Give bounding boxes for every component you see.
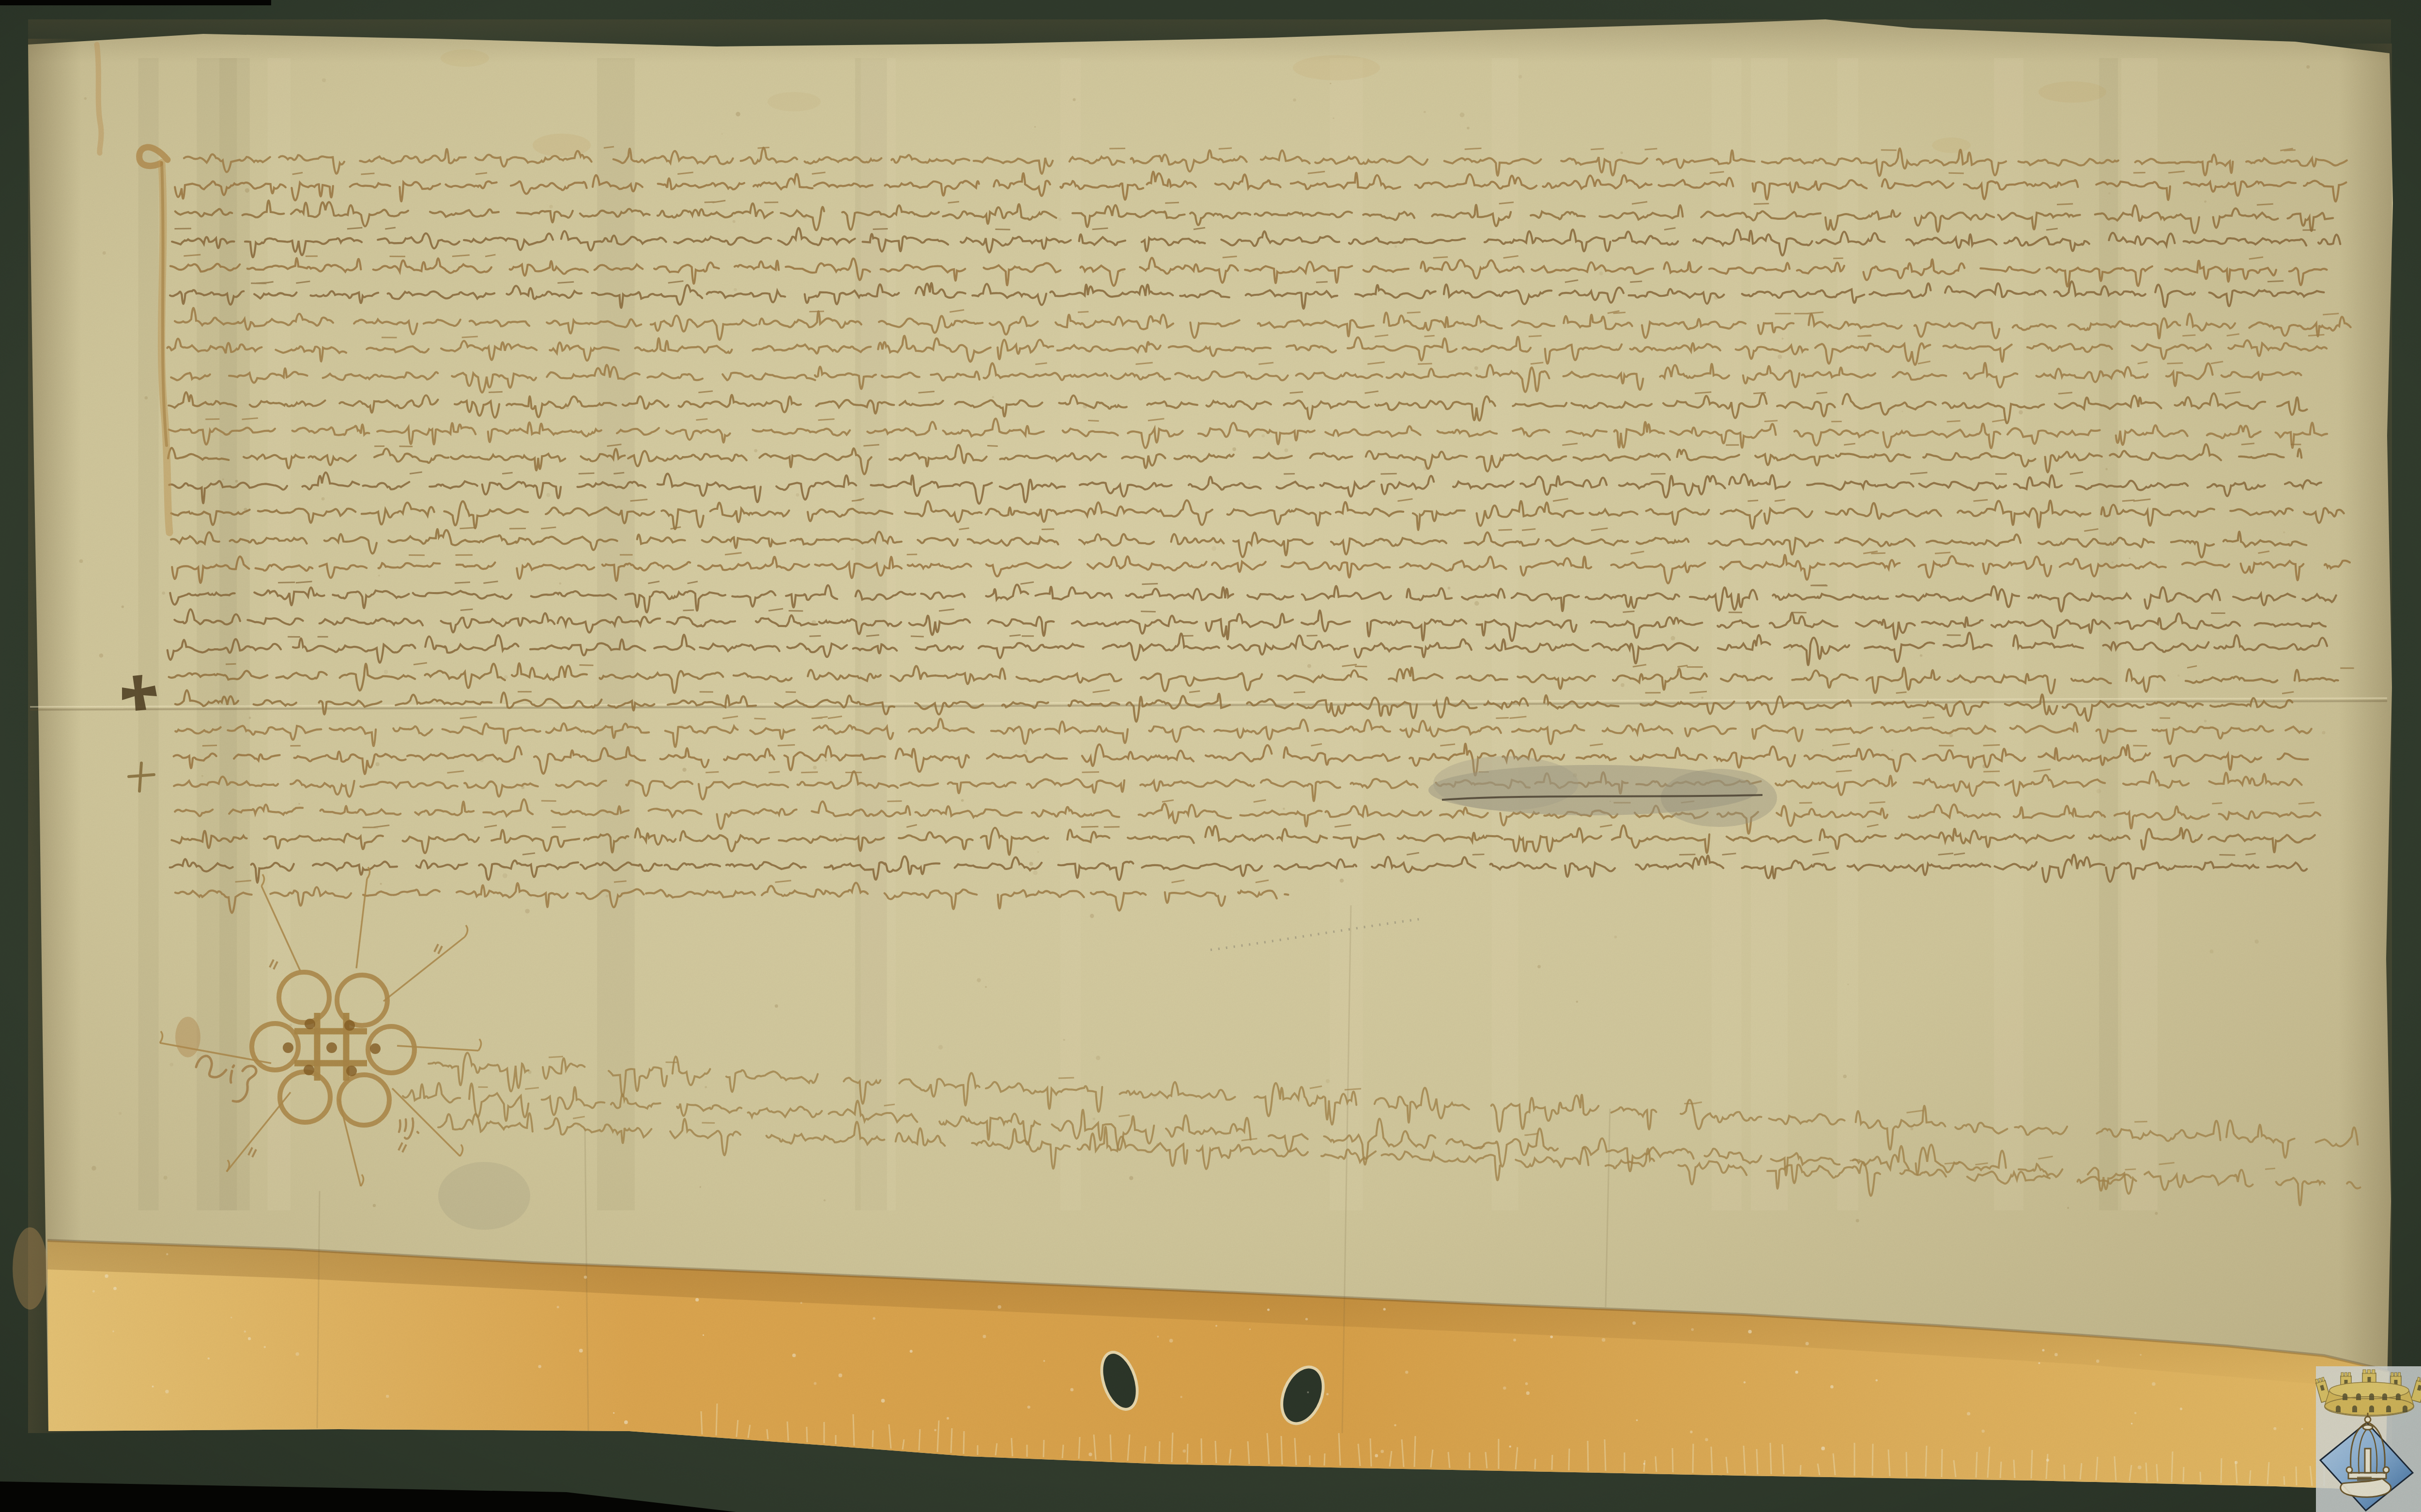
photo-grain-overlay — [0, 0, 2421, 1512]
parchment-charter-photo — [0, 0, 2421, 1512]
archive-photo-backdrop — [0, 0, 2421, 1512]
